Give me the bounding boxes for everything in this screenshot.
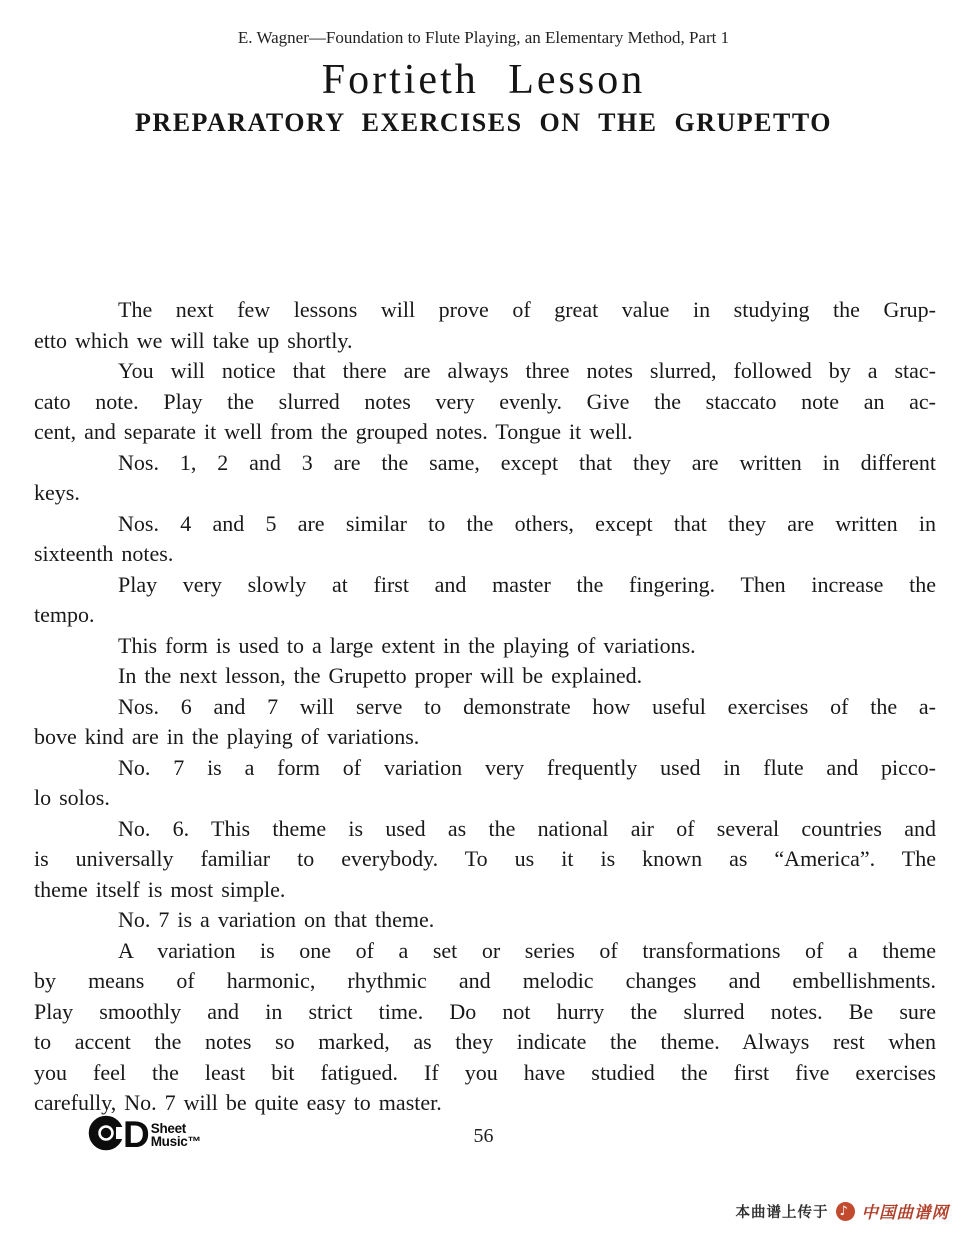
scanned-book-page: E. Wagner—Foundation to Flute Playing, a… (0, 0, 967, 1234)
text-line: cato note. Play the slurred notes very e… (34, 387, 936, 418)
text-line: Nos. 6 and 7 will serve to demonstrate h… (34, 692, 936, 723)
site-watermark: 本曲谱上传于 中国曲谱网 (736, 1199, 950, 1223)
text-line: The next few lessons will prove of great… (34, 295, 936, 326)
text-line: you feel the least bit fatigued. If you … (34, 1058, 936, 1089)
text-line: carefully, No. 7 will be quite easy to m… (34, 1088, 936, 1119)
site-name: 中国曲谱网 (862, 1199, 950, 1223)
text-line: This form is used to a large extent in t… (34, 631, 936, 662)
text-line: etto which we will take up shortly. (34, 326, 936, 357)
text-line: theme itself is most simple. (34, 875, 936, 906)
text-line: by means of harmonic, rhythmic and melod… (34, 966, 936, 997)
text-line: No. 7 is a form of variation very freque… (34, 753, 936, 784)
text-line: Nos. 4 and 5 are similar to the others, … (34, 509, 936, 540)
lesson-subtitle: PREPARATORY EXERCISES ON THE GRUPETTO (0, 108, 967, 138)
text-line: is universally familiar to everybody. To… (34, 844, 936, 875)
text-line: cent, and separate it well from the grou… (34, 417, 936, 448)
text-line: You will notice that there are always th… (34, 356, 936, 387)
text-line: sixteenth notes. (34, 539, 936, 570)
text-line: keys. (34, 478, 936, 509)
watermark-text: 本曲谱上传于 (736, 1201, 829, 1222)
page-number: 56 (0, 1125, 967, 1148)
lesson-instructions: The next few lessons will prove of great… (34, 295, 936, 1119)
text-line: No. 7 is a variation on that theme. (34, 905, 936, 936)
text-line: A variation is one of a set or series of… (34, 936, 936, 967)
lesson-title: Fortieth Lesson (0, 56, 967, 104)
text-line: Nos. 1, 2 and 3 are the same, except tha… (34, 448, 936, 479)
text-line: No. 6. This theme is used as the nationa… (34, 814, 936, 845)
text-line: Play smoothly and in strict time. Do not… (34, 997, 936, 1028)
running-header: E. Wagner—Foundation to Flute Playing, a… (0, 28, 967, 48)
text-line: Play very slowly at first and master the… (34, 570, 936, 601)
text-line: bove kind are in the playing of variatio… (34, 722, 936, 753)
text-line: tempo. (34, 600, 936, 631)
text-line: lo solos. (34, 783, 936, 814)
text-line: In the next lesson, the Grupetto proper … (34, 661, 936, 692)
music-note-icon (836, 1202, 855, 1221)
text-line: to accent the notes so marked, as they i… (34, 1027, 936, 1058)
